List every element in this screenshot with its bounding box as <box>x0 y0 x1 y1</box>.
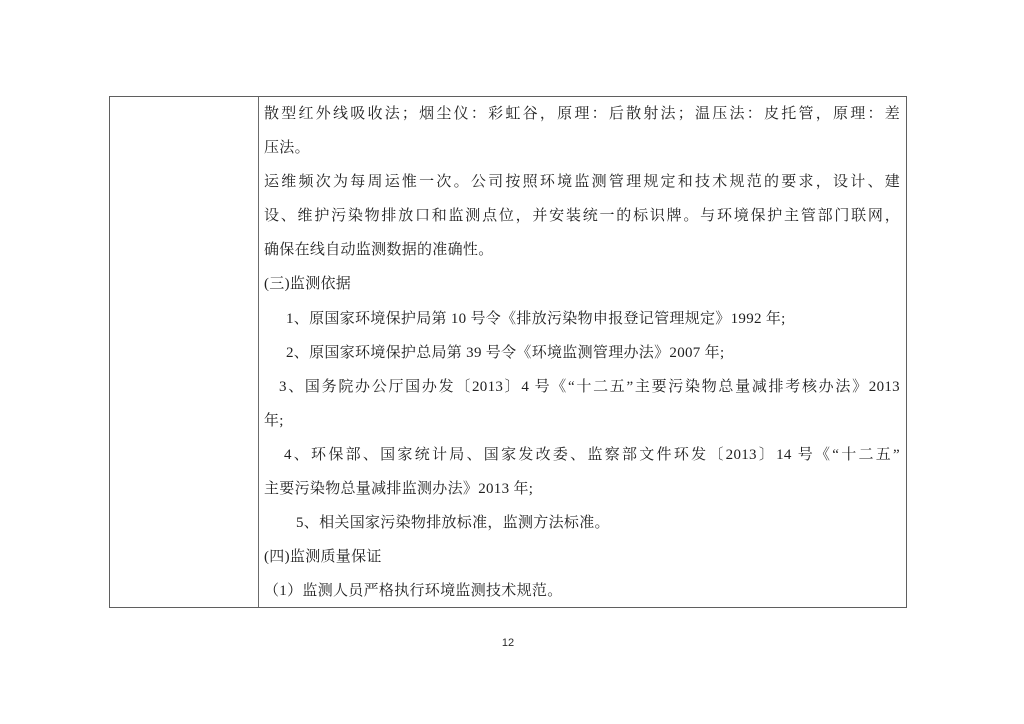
section-heading-4: (四)监测质量保证 <box>264 540 900 574</box>
list-item-4: 4、环保部、国家统计局、国家发改委、监察部文件环发〔2013〕14 号《“十二五… <box>264 438 900 472</box>
list-item-3: 3、国务院办公厅国办发〔2013〕4 号《“十二五”主要污染物总量减排考核办法》… <box>264 370 900 404</box>
text-line: 运维频次为每周运惟一次。公司按照环境监测管理规定和技术规范的要求，设计、建 <box>264 165 900 199</box>
list-item-1: 1、原国家环境保护局第 10 号令《排放污染物申报登记管理规定》1992 年; <box>264 302 900 336</box>
list-item-qa-1: （1）监测人员严格执行环境监测技术规范。 <box>264 574 900 607</box>
table-cell-content: 散型红外线吸收法；烟尘仪：彩虹谷，原理：后散射法；温压法：皮托管，原理：差 压法… <box>259 97 906 607</box>
table-cell-left-empty <box>110 97 259 607</box>
text-line: 散型红外线吸收法；烟尘仪：彩虹谷，原理：后散射法；温压法：皮托管，原理：差 <box>264 97 900 131</box>
section-heading-3: (三)监测依据 <box>264 267 900 301</box>
document-page: 散型红外线吸收法；烟尘仪：彩虹谷，原理：后散射法；温压法：皮托管，原理：差 压法… <box>0 0 1024 724</box>
list-item-4-continued: 主要污染物总量减排监测办法》2013 年; <box>264 472 900 506</box>
text-line: 压法。 <box>264 131 900 165</box>
list-item-2: 2、原国家环境保护总局第 39 号令《环境监测管理办法》2007 年; <box>264 336 900 370</box>
text-line: 设、维护污染物排放口和监测点位，并安装统一的标识牌。与环境保护主管部门联网， <box>264 199 900 233</box>
list-item-3-continued: 年; <box>264 404 900 438</box>
monitoring-plan-table: 散型红外线吸收法；烟尘仪：彩虹谷，原理：后散射法；温压法：皮托管，原理：差 压法… <box>109 96 907 608</box>
page-number: 12 <box>0 637 1016 649</box>
list-item-5: 5、相关国家污染物排放标准，监测方法标准。 <box>264 506 900 540</box>
text-line: 确保在线自动监测数据的准确性。 <box>264 233 900 267</box>
